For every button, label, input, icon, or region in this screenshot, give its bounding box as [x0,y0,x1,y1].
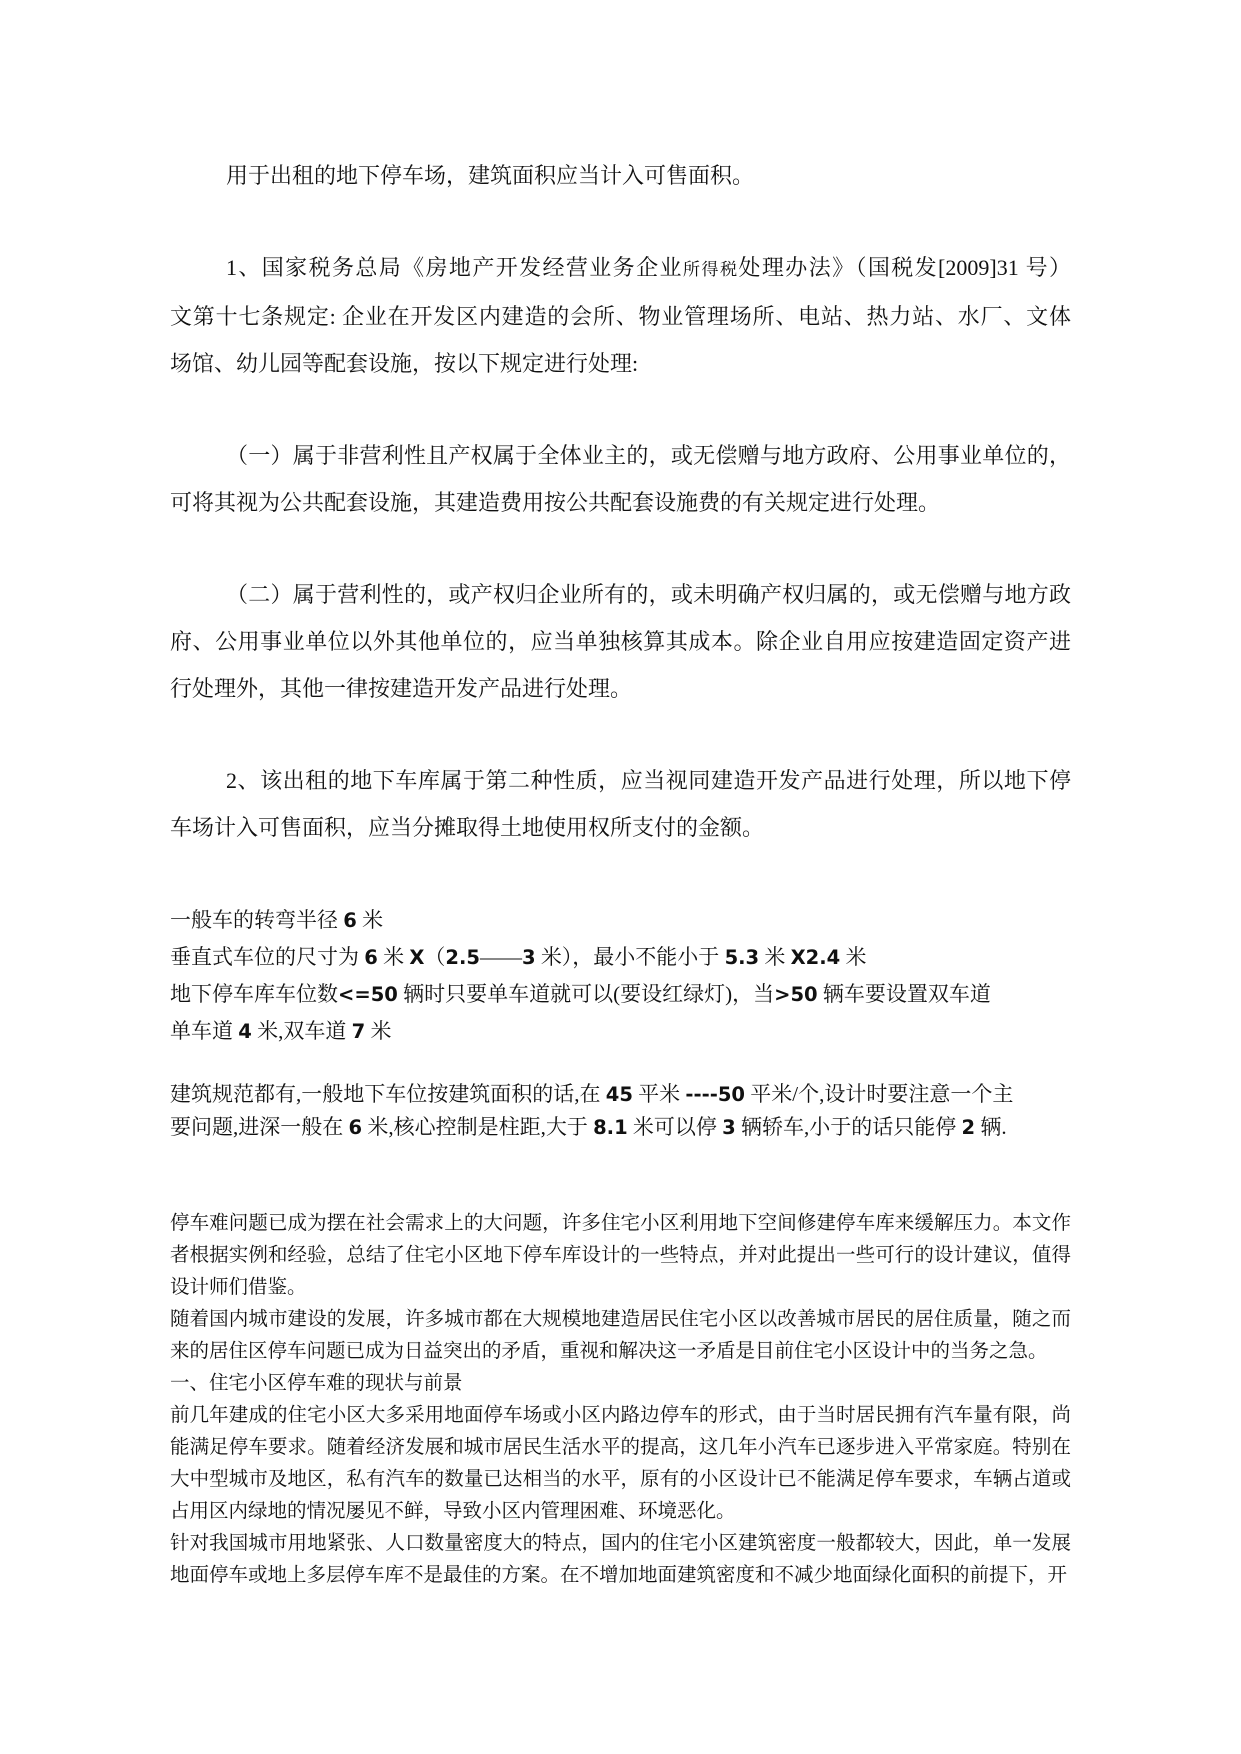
paragraph: 前几年建成的住宅小区大多采用地面停车场或小区内路边停车的形式，由于当时居民拥有汽… [170,1400,1071,1528]
section-specs: 一般车的转弯半径 6 米垂直式车位的尺寸为 6 米 X（2.5——3 米），最小… [170,902,1071,1144]
text-line: 一般车的转弯半径 6 米 [170,902,1071,939]
text-segment: 米 [378,945,410,969]
text-segment: 处理办法》（国税发[2009]31 号） [739,255,1071,280]
text-segment: —— [480,945,522,969]
text-segment: 要问题,进深一般在 [170,1115,349,1139]
text-line: 车场计入可售面积，应当分摊取得土地使用权所支付的金额。 [170,804,1071,851]
text-segment-num: 6 [364,946,378,969]
text-segment: 1、国家税务总局《房地产开发经营业务企业 [226,255,683,280]
document-page: 用于出租的地下停车场，建筑面积应当计入可售面积。1、国家税务总局《房地产开发经营… [0,0,1241,1754]
text-line: 2、该出租的地下车库属于第二种性质，应当视同建造开发产品进行处理，所以地下停 [170,757,1071,804]
paragraph: 停车难问题已成为摆在社会需求上的大问题，许多住宅小区利用地下空间修建停车库来缓解… [170,1208,1071,1304]
text-line: 地面停车或地上多层停车库不是最佳的方案。在不增加地面建筑密度和不减少地面绿化面积… [170,1560,1071,1592]
text-segment: 场馆、幼儿园等配套设施，按以下规定进行处理: [170,351,638,376]
text-segment-num: ----50 [685,1083,745,1106]
text-segment: （二）属于营利性的，或产权归企业所有的，或未明确产权归属的，或无偿赠与地方政 [226,582,1071,607]
text-segment: 行处理外，其他一律按建造开发产品进行处理。 [170,676,632,701]
text-line: 单车道 4 米,双车道 7 米 [170,1013,1071,1050]
text-segment-num: 2 [962,1116,976,1139]
text-segment: 平米/个,设计时要注意一个主 [745,1082,1013,1106]
text-line: 能满足停车要求。随着经济发展和城市居民生活水平的提高，这几年小汽车已逐步进入平常… [170,1432,1071,1464]
text-line: 垂直式车位的尺寸为 6 米 X（2.5——3 米），最小不能小于 5.3 米 X… [170,939,1071,976]
text-segment: 车场计入可售面积，应当分摊取得土地使用权所支付的金额。 [170,815,764,840]
text-segment-num: X2.4 [791,946,841,969]
paragraph: 一、住宅小区停车难的现状与前景 [170,1368,1071,1400]
text-segment: 建筑规范都有,一般地下车位按建筑面积的话,在 [170,1082,606,1106]
text-line: 针对我国城市用地紧张、人口数量密度大的特点，国内的住宅小区建筑密度一般都较大，因… [170,1528,1071,1560]
text-line: 用于出租的地下停车场，建筑面积应当计入可售面积。 [170,152,1071,199]
text-segment: 文第十七条规定: 企业在开发区内建造的会所、物业管理场所、电站、热力站、水厂、文… [170,304,1071,329]
text-segment-num: 5.3 [725,946,760,969]
document-body: 用于出租的地下停车场，建筑面积应当计入可售面积。1、国家税务总局《房地产开发经营… [170,152,1071,1592]
text-segment: 米 [840,945,866,969]
text-line: 停车难问题已成为摆在社会需求上的大问题，许多住宅小区利用地下空间修建停车库来缓解… [170,1208,1071,1240]
text-segment: 2、该出租的地下车库属于第二种性质，应当视同建造开发产品进行处理，所以地下停 [226,768,1071,793]
text-segment: 地面停车或地上多层停车库不是最佳的方案。在不增加地面建筑密度和不减少地面绿化面积… [170,1565,1067,1586]
paragraph: 一般车的转弯半径 6 米垂直式车位的尺寸为 6 米 X（2.5——3 米），最小… [170,902,1071,1050]
text-segment: 一、住宅小区停车难的现状与前景 [170,1373,463,1394]
text-segment: 米 [365,1019,391,1043]
text-line: （一）属于非营利性且产权属于全体业主的，或无偿赠与地方政府、公用事业单位的， [170,432,1071,479]
text-segment: （ [424,945,445,969]
text-segment: 占用区内绿地的情况屡见不鲜，导致小区内管理困难、环境恶化。 [170,1501,736,1522]
text-line: 占用区内绿地的情况屡见不鲜，导致小区内管理困难、环境恶化。 [170,1496,1071,1528]
text-segment: 随着国内城市建设的发展，许多城市都在大规模地建造居民住宅小区以改善城市居民的居住… [170,1309,1071,1330]
text-segment-small: 所得税 [683,260,739,279]
text-line: 文第十七条规定: 企业在开发区内建造的会所、物业管理场所、电站、热力站、水厂、文… [170,293,1071,340]
text-segment: 能满足停车要求。随着经济发展和城市居民生活水平的提高，这几年小汽车已逐步进入平常… [170,1437,1071,1458]
text-line: 可将其视为公共配套设施，其建造费用按公共配套设施费的有关规定进行处理。 [170,479,1071,526]
text-line: 大中型城市及地区，私有汽车的数量已达相当的水平，原有的小区设计已不能满足停车要求… [170,1464,1071,1496]
text-segment-num: 3 [522,946,536,969]
paragraph: 1、国家税务总局《房地产开发经营业务企业所得税处理办法》（国税发[2009]31… [170,244,1071,387]
text-segment: 辆轿车,小于的话只能停 [736,1115,962,1139]
text-segment: 米可以停 [628,1115,723,1139]
text-segment: 米），最小不能小于 [536,945,725,969]
text-segment-num: 6 [349,1116,363,1139]
text-segment: 前几年建成的住宅小区大多采用地面停车场或小区内路边停车的形式，由于当时居民拥有汽… [170,1405,1071,1426]
text-line: 地下停车库车位数<=50 辆时只要单车道就可以(要设红绿灯)，当>50 辆车要设… [170,976,1071,1013]
text-segment: 米 [759,945,791,969]
text-segment: 大中型城市及地区，私有汽车的数量已达相当的水平，原有的小区设计已不能满足停车要求… [170,1469,1071,1490]
text-segment: 用于出租的地下停车场，建筑面积应当计入可售面积。 [226,163,754,188]
paragraph: 建筑规范都有,一般地下车位按建筑面积的话,在 45 平米 ----50 平米/个… [170,1078,1071,1144]
text-segment-num: <=50 [338,983,398,1006]
text-segment-num: 45 [606,1083,633,1106]
text-line: 府、公用事业单位以外其他单位的，应当单独核算其成本。除企业自用应按建造固定资产进 [170,618,1071,665]
text-segment-num: 3 [722,1116,736,1139]
text-line: 一、住宅小区停车难的现状与前景 [170,1368,1071,1400]
section-tax-ruling: 用于出租的地下停车场，建筑面积应当计入可售面积。1、国家税务总局《房地产开发经营… [170,152,1071,851]
text-segment-num: 2.5 [445,946,480,969]
text-line: 者根据实例和经验，总结了住宅小区地下停车库设计的一些特点，并对此提出一些可行的设… [170,1240,1071,1272]
text-segment: 可将其视为公共配套设施，其建造费用按公共配套设施费的有关规定进行处理。 [170,490,940,515]
text-segment: 府、公用事业单位以外其他单位的，应当单独核算其成本。除企业自用应按建造固定资产进 [170,629,1071,654]
text-segment: 者根据实例和经验，总结了住宅小区地下停车库设计的一些特点，并对此提出一些可行的设… [170,1245,1071,1266]
paragraph: 随着国内城市建设的发展，许多城市都在大规模地建造居民住宅小区以改善城市居民的居住… [170,1304,1071,1368]
text-segment: 单车道 [170,1019,238,1043]
text-line: 前几年建成的住宅小区大多采用地面停车场或小区内路边停车的形式，由于当时居民拥有汽… [170,1400,1071,1432]
text-line: 要问题,进深一般在 6 米,核心控制是柱距,大于 8.1 米可以停 3 辆轿车,… [170,1111,1071,1144]
text-line: 1、国家税务总局《房地产开发经营业务企业所得税处理办法》（国税发[2009]31… [170,244,1071,293]
text-segment-num: >50 [774,983,818,1006]
text-line: （二）属于营利性的，或产权归企业所有的，或未明确产权归属的，或无偿赠与地方政 [170,571,1071,618]
text-segment-num: X [409,946,424,969]
paragraph: 针对我国城市用地紧张、人口数量密度大的特点，国内的住宅小区建筑密度一般都较大，因… [170,1528,1071,1592]
text-segment-num: 7 [352,1020,366,1043]
text-line: 来的居住区停车问题已成为日益突出的矛盾，重视和解决这一矛盾是目前住宅小区设计中的… [170,1336,1071,1368]
text-segment: 针对我国城市用地紧张、人口数量密度大的特点，国内的住宅小区建筑密度一般都较大，因… [170,1533,1071,1554]
text-segment: 米 [357,908,383,932]
paragraph: （一）属于非营利性且产权属于全体业主的，或无偿赠与地方政府、公用事业单位的，可将… [170,432,1071,526]
text-segment-num: 8.1 [593,1116,628,1139]
text-segment: 地下停车库车位数 [170,982,338,1006]
paragraph: （二）属于营利性的，或产权归企业所有的，或未明确产权归属的，或无偿赠与地方政府、… [170,571,1071,712]
section-article: 停车难问题已成为摆在社会需求上的大问题，许多住宅小区利用地下空间修建停车库来缓解… [170,1208,1071,1592]
text-segment-num: 6 [343,909,357,932]
paragraph: 用于出租的地下停车场，建筑面积应当计入可售面积。 [170,152,1071,199]
text-segment: 米,双车道 [252,1019,352,1043]
text-line: 随着国内城市建设的发展，许多城市都在大规模地建造居民住宅小区以改善城市居民的居住… [170,1304,1071,1336]
text-segment: （一）属于非营利性且产权属于全体业主的，或无偿赠与地方政府、公用事业单位的， [226,443,1071,468]
text-segment: 来的居住区停车问题已成为日益突出的矛盾，重视和解决这一矛盾是目前住宅小区设计中的… [170,1341,1048,1362]
text-segment: 辆车要设置双车道 [818,982,991,1006]
text-line: 行处理外，其他一律按建造开发产品进行处理。 [170,665,1071,712]
text-segment-num: 4 [238,1020,252,1043]
text-segment: 设计师们借鉴。 [170,1277,307,1298]
text-segment: 一般车的转弯半径 [170,908,343,932]
text-segment: 米,核心控制是柱距,大于 [362,1115,593,1139]
text-segment: 平米 [633,1082,686,1106]
text-line: 设计师们借鉴。 [170,1272,1071,1304]
text-line: 建筑规范都有,一般地下车位按建筑面积的话,在 45 平米 ----50 平米/个… [170,1078,1071,1111]
text-segment: 垂直式车位的尺寸为 [170,945,364,969]
text-line: 场馆、幼儿园等配套设施，按以下规定进行处理: [170,340,1071,387]
paragraph: 2、该出租的地下车库属于第二种性质，应当视同建造开发产品进行处理，所以地下停车场… [170,757,1071,851]
text-segment: 辆. [975,1115,1007,1139]
text-segment: 停车难问题已成为摆在社会需求上的大问题，许多住宅小区利用地下空间修建停车库来缓解… [170,1213,1071,1234]
text-segment: 辆时只要单车道就可以(要设红绿灯)，当 [398,982,774,1006]
